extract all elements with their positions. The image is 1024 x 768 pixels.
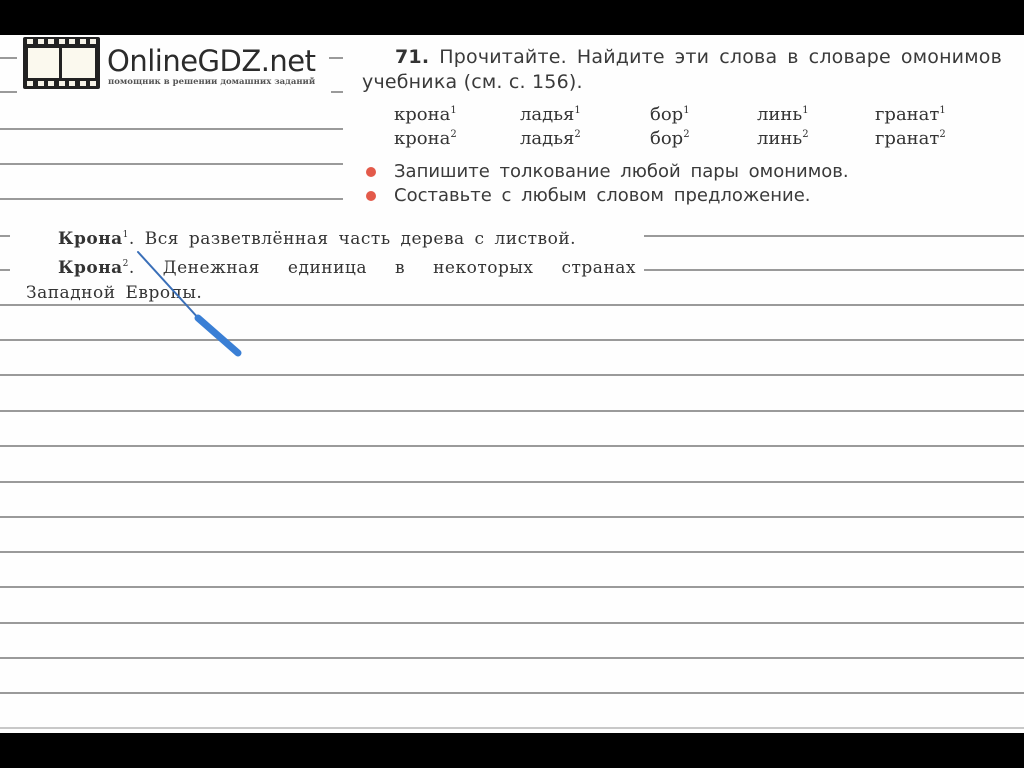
rule-line — [0, 692, 1024, 694]
homonym-word: ладья2 — [520, 123, 581, 151]
rule-line — [0, 198, 343, 200]
answer-line-2: Крона2. Денежная единица в некоторых стр… — [26, 252, 636, 281]
rule-line — [0, 374, 1024, 376]
answer-line-3: Западной Европы. — [26, 281, 636, 306]
rule-line — [0, 586, 1024, 588]
rule-line — [0, 128, 343, 130]
rule-line — [0, 657, 1024, 659]
letterbox-top — [0, 0, 1024, 35]
rule-dash — [0, 235, 10, 237]
rule-line — [0, 622, 1024, 624]
task-number: 71. — [395, 46, 429, 68]
logo-tagline: помощник в решении домашних заданий — [108, 77, 315, 87]
bullet-item: Запишите толкование любой пары омонимов. — [366, 160, 849, 184]
task-bullets: Запишите толкование любой пары омонимов.… — [366, 160, 849, 208]
task-instruction: 71. Прочитайте. Найдите эти слова в слов… — [362, 45, 1002, 95]
film-strip-icon — [23, 37, 100, 89]
rule-line — [0, 445, 1024, 447]
rule-line — [0, 551, 1024, 553]
rule-dash — [331, 91, 343, 93]
logo-name: OnlineGDZ.net — [107, 44, 316, 78]
pen-stroke-icon — [0, 35, 1024, 733]
homonym-word: бор2 — [650, 123, 690, 151]
rule-line — [0, 410, 1024, 412]
workbook-page: OnlineGDZ.net помощник в решении домашни… — [0, 35, 1024, 733]
homonym-word: линь2 — [757, 123, 809, 151]
rule-line — [644, 235, 1024, 237]
rule-dash — [329, 57, 343, 59]
rule-line — [0, 481, 1024, 483]
answer-line-1: Крона1. Вся разветвлённая часть дерева с… — [26, 223, 636, 252]
rule-line — [0, 516, 1024, 518]
rule-line — [644, 269, 1024, 271]
letterbox-bottom — [0, 733, 1024, 768]
bullet-dot-icon — [366, 191, 376, 201]
rule-line — [0, 727, 1024, 729]
answer-text: Крона1. Вся разветвлённая часть дерева с… — [26, 223, 636, 306]
homonym-word: гранат2 — [875, 123, 946, 151]
bullet-dot-icon — [366, 167, 376, 177]
rule-line — [0, 163, 343, 165]
rule-dash — [0, 91, 17, 93]
rule-dash — [0, 269, 10, 271]
rule-dash — [0, 57, 17, 59]
homonym-word: крона2 — [394, 123, 457, 151]
rule-line — [0, 339, 1024, 341]
bullet-item: Составьте с любым словом предложение. — [366, 184, 849, 208]
instruction-line-2: учебника (см. с. 156). — [362, 70, 1002, 95]
instruction-line-1: Прочитайте. Найдите эти слова в словаре … — [439, 46, 1002, 68]
